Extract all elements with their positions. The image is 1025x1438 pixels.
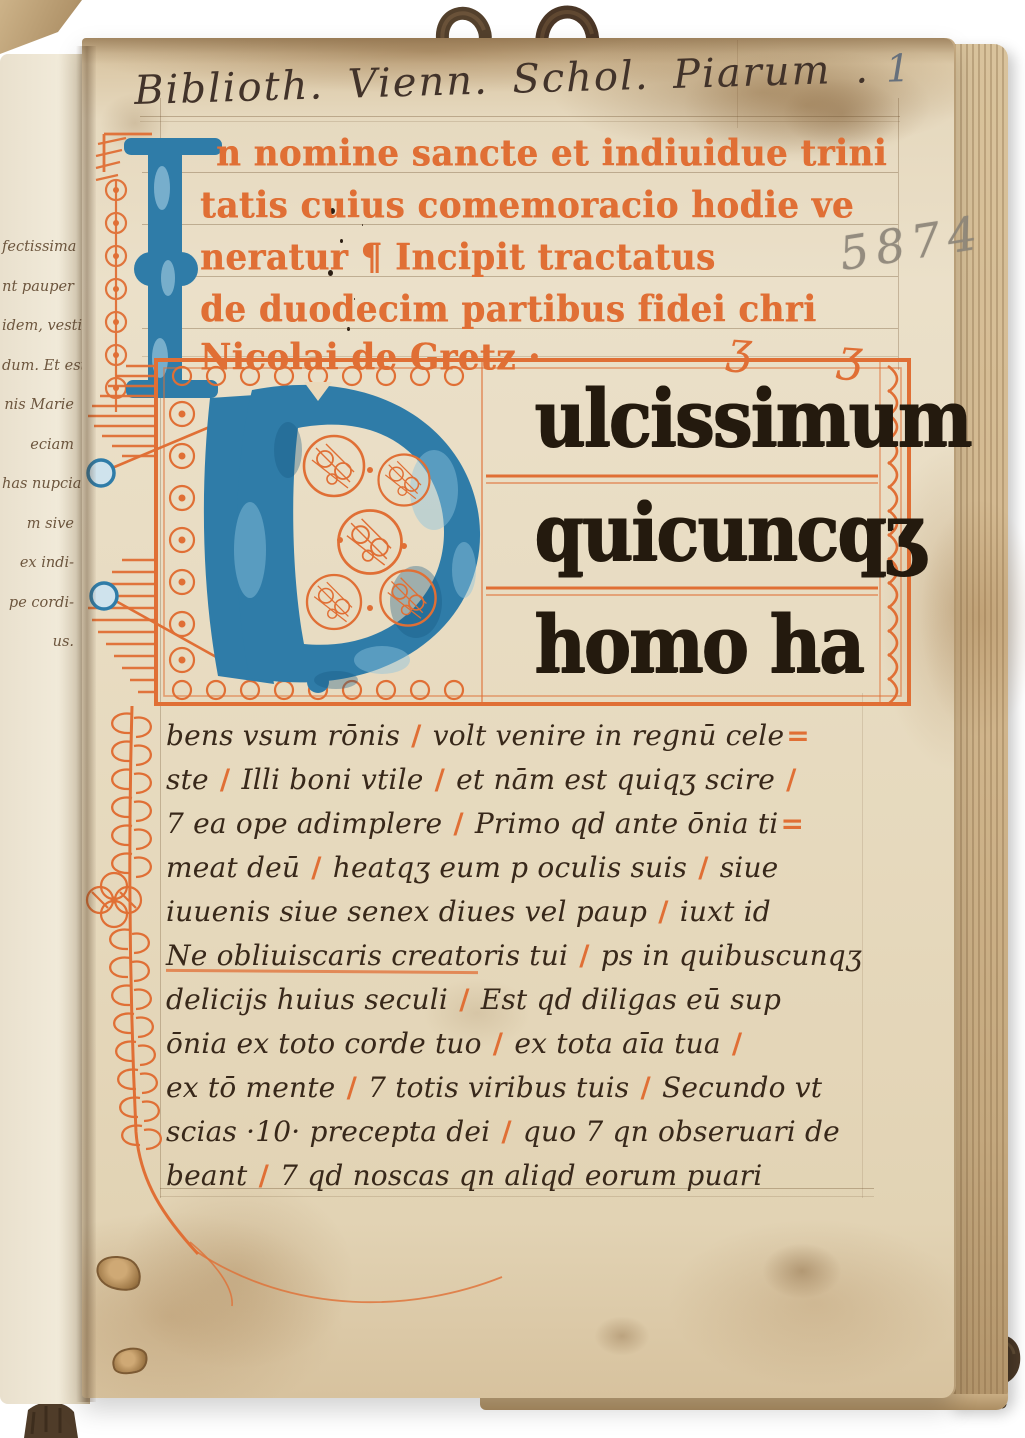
folio-mark: 1	[885, 46, 912, 91]
fragment-line: dum. Et est	[2, 347, 74, 387]
incipit-line-large: homo ha	[534, 598, 863, 698]
rubric-line: neratur ¶ Incipit tractatus	[200, 237, 716, 279]
rubric-line: n nomine sancte et indiuidue trini	[216, 133, 887, 175]
ruling-line	[140, 116, 900, 117]
fragment-line: m sive	[2, 505, 74, 545]
fragment-line: ex indi-	[2, 544, 74, 584]
fragment-line: has nupcia	[2, 465, 74, 505]
rubric-line: de duodecim partibus fidei chri	[200, 289, 817, 331]
fragment-line: pe cordi-	[2, 584, 74, 624]
fragment-line: idem, vestire	[2, 307, 74, 347]
binding-cover-corner	[0, 0, 82, 58]
stain	[594, 1316, 650, 1356]
facing-page-text-fragments: fectissimant pauperidem, vestiredum. Et …	[2, 228, 74, 663]
fragment-line: eciam	[2, 426, 74, 466]
fragment-line: nt pauper	[2, 268, 74, 308]
manuscript-photo: fectissimant pauperidem, vestiredum. Et …	[0, 0, 1025, 1438]
left-border-penwork	[94, 702, 514, 1312]
fragment-line: us.	[2, 623, 74, 663]
manuscript-page: Biblioth. Vienn. Schol. Piarum .1 5874	[82, 38, 954, 1398]
fragment-line: fectissima	[2, 228, 74, 268]
incipit-line-large: quicuncqʒ	[534, 486, 923, 586]
gutter-shadow	[76, 46, 96, 1402]
incipit-line-large: ulcissimum	[534, 372, 970, 472]
ruling-line	[140, 121, 900, 122]
stain	[762, 1243, 842, 1299]
fragment-line: nis Marie	[2, 386, 74, 426]
rubric-line: tatis cuius comemoracio hodie ve	[200, 185, 854, 227]
